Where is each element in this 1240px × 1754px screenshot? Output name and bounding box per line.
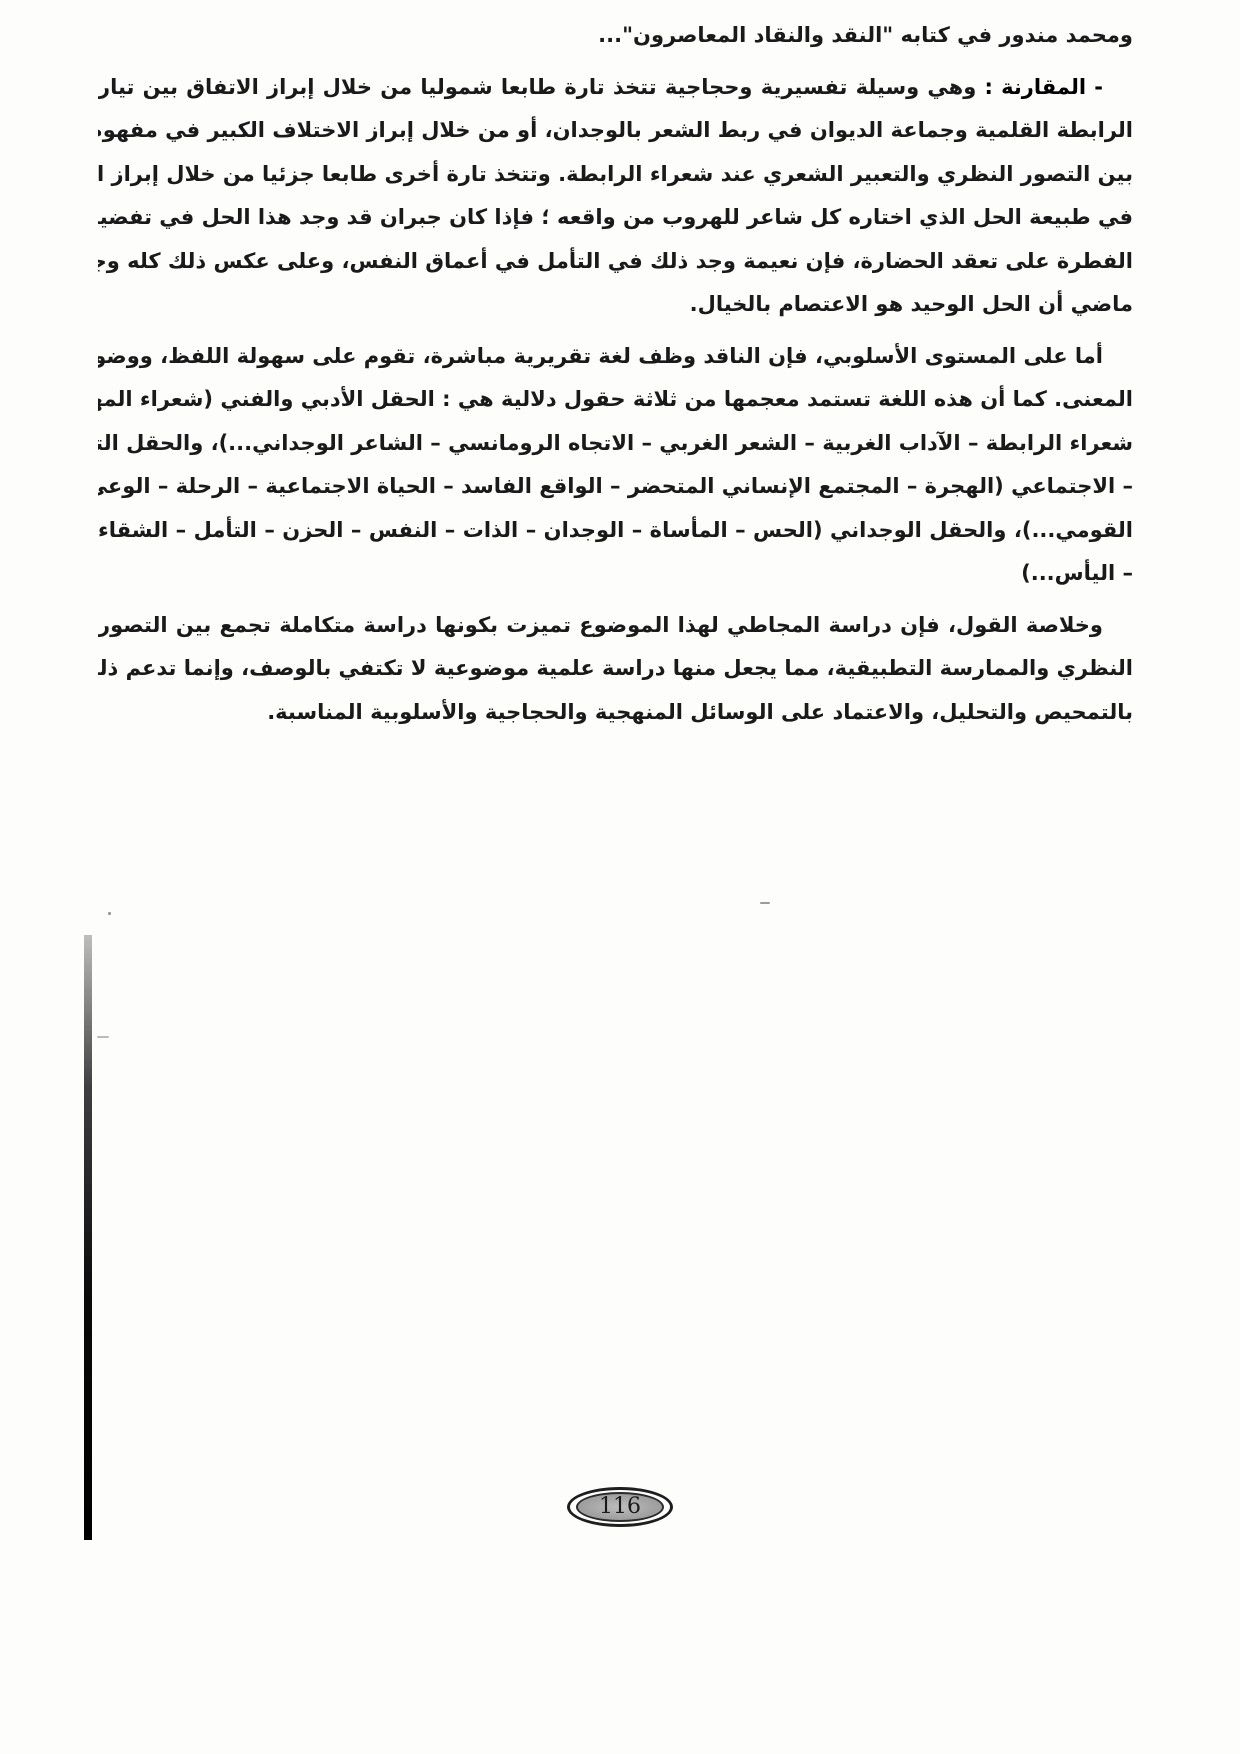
text-line: الفطرة على تعقد الحضارة، فإن نعيمة وجد ذ… [98,240,1133,284]
text-line: بين التصور النظري والتعبير الشعري عند شع… [98,153,1133,197]
text-line: ومحمد مندور في كتابه "النقد والنقاد المع… [98,14,1133,58]
text-fragment: وهي وسيلة تفسيرية وحجاجية تتخذ تارة طابع… [98,75,976,99]
text-line: النظري والممارسة التطبيقية، مما يجعل منه… [98,647,1133,691]
scanned-page: ومحمد مندور في كتابه "النقد والنقاد المع… [0,0,1240,1754]
text-line: وخلاصة القول، فإن دراسة المجاطي لهذا الم… [98,604,1133,648]
text-line: – الاجتماعي (الهجرة – المجتمع الإنساني ا… [98,465,1133,509]
text-line: بالتمحيص والتحليل، والاعتماد على الوسائل… [98,691,1133,735]
page-number-inner-ring: 116 [576,1492,664,1522]
text-line: شعراء الرابطة – الآداب الغربية – الشعر ا… [98,422,1133,466]
paragraph-stylistic-level: أما على المستوى الأسلوبي، فإن الناقد وظف… [98,335,1133,596]
text-line: أما على المستوى الأسلوبي، فإن الناقد وظف… [98,335,1133,379]
paragraph-continuation: ومحمد مندور في كتابه "النقد والنقاد المع… [98,14,1133,58]
scan-speck [108,912,111,915]
scan-speck [97,1036,109,1038]
text-line: القومي...)، والحقل الوجداني (الحس – المأ… [98,509,1133,553]
text-line: الرابطة القلمية وجماعة الديوان في ربط ال… [98,109,1133,153]
page-number-badge: 116 [567,1487,673,1527]
binding-edge-shadow [84,935,92,1540]
text-line: في طبيعة الحل الذي اختاره كل شاعر للهروب… [98,196,1133,240]
text-line: ماضي أن الحل الوحيد هو الاعتصام بالخيال. [98,283,1133,327]
text-line: - المقارنة : وهي وسيلة تفسيرية وحجاجية ت… [98,66,1133,110]
scan-speck [760,902,770,904]
paragraph-conclusion: وخلاصة القول، فإن دراسة المجاطي لهذا الم… [98,604,1133,735]
page-number: 116 [599,1496,641,1518]
text-line: – اليأس...) [98,552,1133,596]
section-term: - المقارنة : [985,75,1103,99]
text-line: المعنى. كما أن هذه اللغة تستمد معجمها من… [98,378,1133,422]
paragraph-comparison: - المقارنة : وهي وسيلة تفسيرية وحجاجية ت… [98,66,1133,327]
body-text: ومحمد مندور في كتابه "النقد والنقاد المع… [98,14,1133,734]
